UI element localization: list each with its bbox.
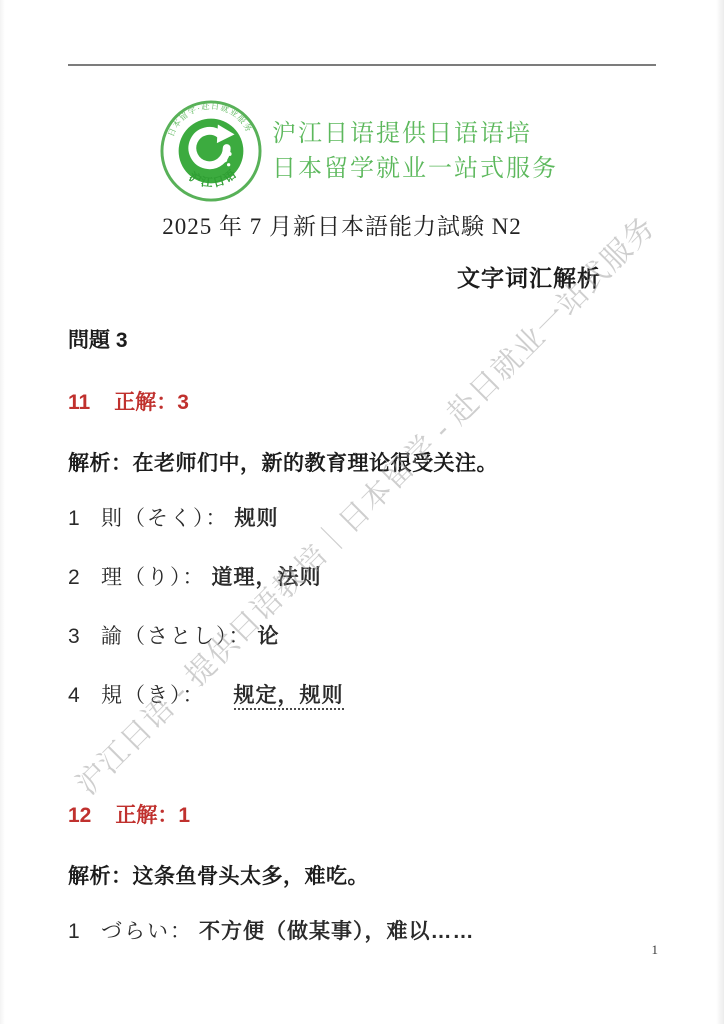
option-number: 1	[68, 504, 101, 534]
question-number: 11	[68, 391, 90, 414]
option-meaning: 道理，法则	[212, 566, 322, 589]
question-11-answer-line: 11正解：3	[68, 386, 656, 416]
option-row: 4規（き）：规定，规则	[68, 680, 656, 711]
option-japanese: 規（き）：	[101, 683, 206, 707]
option-number: 4	[68, 681, 101, 711]
option-row: 2理（り）：道理，法则	[68, 562, 656, 593]
document-subtitle: 文字词汇解析	[68, 260, 656, 293]
hujiang-logo-icon: 日本留学·赴日就业服务 沪江日语	[160, 100, 262, 202]
option-row: 3諭（さとし）：论	[68, 621, 656, 652]
tagline-line2: 日本留学就业一站式服务	[272, 151, 558, 186]
page-content: 日本留学·赴日就业服务 沪江日语 沪江日语提供日语语培 日本留学就业一站式服务 …	[0, 64, 724, 947]
option-row: 1づらい：不方便（做某事），难以……	[68, 916, 656, 947]
header-rule	[68, 64, 656, 66]
option-meaning: 不方便（做某事），难以……	[199, 920, 475, 943]
option-row: 1則（そく）：规则	[68, 503, 656, 534]
answer-label: 正解：1	[115, 804, 190, 827]
brand-taglines: 沪江日语提供日语语培 日本留学就业一站式服务	[272, 116, 558, 186]
logo-block: 日本留学·赴日就业服务 沪江日语 沪江日语提供日语语培 日本留学就业一站式服务	[160, 100, 656, 202]
document-title: 2025 年 7 月新日本語能力試験 N2	[68, 208, 656, 241]
question-11-options: 1則（そく）：规则 2理（り）：道理，法则 3諭（さとし）：论 4規（き）：规定…	[68, 503, 656, 711]
option-meaning: 论	[258, 625, 280, 648]
option-japanese: づらい：	[101, 919, 193, 943]
option-japanese: 則（そく）：	[101, 506, 229, 530]
document-page: 沪江日语 - 提供日语教培｜日本留学 - 赴日就业一站式服务 日本留学·赴日就业…	[0, 0, 724, 1024]
option-meaning-underlined: 规定，规则	[234, 684, 344, 710]
question-12-analysis: 解析：这条鱼骨头太多，难吃。	[68, 860, 656, 890]
option-number: 1	[68, 917, 101, 947]
option-meaning: 规则	[235, 507, 279, 530]
question-12-options: 1づらい：不方便（做某事），难以……	[68, 916, 656, 947]
answer-label: 正解：3	[114, 391, 189, 414]
option-japanese: 諭（さとし）：	[101, 624, 252, 648]
option-japanese: 理（り）：	[101, 565, 206, 589]
section-heading: 問題 3	[68, 324, 656, 354]
question-number: 12	[68, 804, 91, 827]
tagline-line1: 沪江日语提供日语语培	[272, 116, 558, 151]
option-number: 3	[68, 622, 101, 652]
question-12-answer-line: 12正解：1	[68, 799, 656, 829]
question-11-analysis: 解析：在老师们中，新的教育理论很受关注。	[68, 447, 656, 477]
option-number: 2	[68, 563, 101, 593]
